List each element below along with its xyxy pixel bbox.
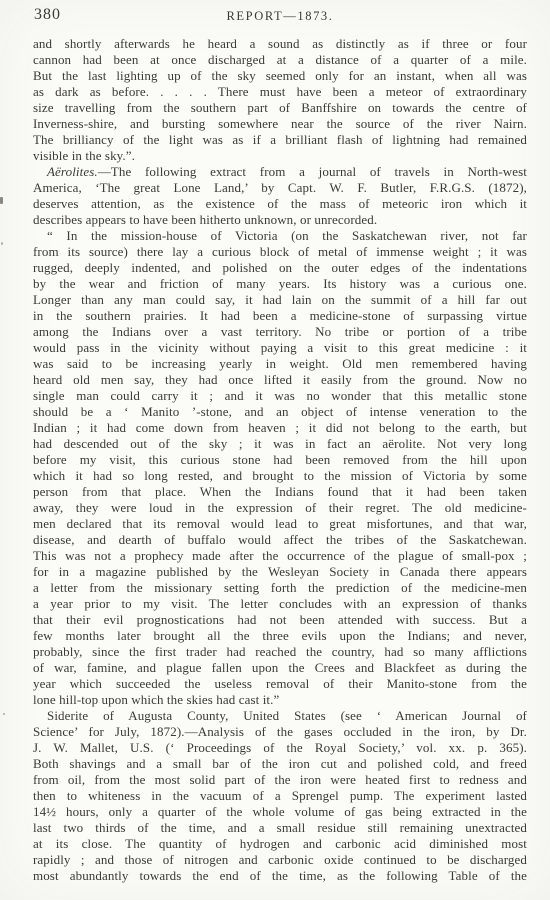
text-run: most abundantly towards the end of the t… (33, 868, 527, 883)
text-line: among the Indians over a vast territory.… (33, 324, 527, 340)
italic-text: Aërolites. (47, 164, 98, 179)
text-line: was said to be increasing yearly in weig… (33, 356, 527, 372)
text-run: of war, famine, and plague fallen upon t… (33, 660, 527, 675)
text-run: in the southern prairies. It had been a … (33, 308, 527, 323)
text-line: few months later brought all the three e… (33, 628, 527, 644)
text-run: that their evil prognostications had not… (33, 612, 527, 627)
text-run: few months later brought all the three e… (33, 628, 527, 643)
text-run: cannon had been at once discharged at a … (33, 52, 527, 67)
text-run: rugged, deeply indented, and polished on… (33, 260, 527, 275)
text-run: Indian ; it had come down from heaven ; … (33, 420, 527, 435)
text-line: person from that place. When the Indians… (33, 484, 527, 500)
text-run: Both shavings and a small bar of the iro… (33, 756, 527, 771)
text-run: had descended out of the sky ; it was in… (33, 436, 527, 451)
text-run: before my visit, this curious stone had … (33, 452, 527, 467)
text-line: probably, since the first trader had rea… (33, 644, 527, 660)
text-line: heard old men say, they had once lifted … (33, 372, 527, 388)
text-line: 14½ hours, only a quarter of the whole v… (33, 804, 527, 820)
text-run: But the last lighting up of the sky seem… (33, 68, 527, 83)
text-line: as dark as before. . . . . There must ha… (33, 84, 527, 100)
text-run: by the wear and friction of many years. … (33, 276, 527, 291)
text-run: person from that place. When the Indians… (33, 484, 527, 499)
text-line: and shortly afterwards he heard a sound … (33, 36, 527, 52)
text-line: would pass in the vicinity without payin… (33, 340, 527, 356)
text-line: before my visit, this curious stone had … (33, 452, 527, 468)
text-run: visible in the sky.”. (33, 148, 135, 163)
text-line: visible in the sky.”. (33, 148, 527, 164)
running-title: REPORT—1873. (33, 6, 527, 24)
text-line: then to whiteness in the vacuum of a Spr… (33, 788, 527, 804)
text-run: among the Indians over a vast territory.… (33, 324, 527, 339)
text-line: J. W. Mallet, U.S. (‘ Proceedings of the… (33, 740, 527, 756)
text-run: This was not a prophecy made after the o… (33, 548, 527, 563)
paragraph: and shortly afterwards he heard a sound … (33, 36, 527, 164)
text-run: last two thirds of the time, and a small… (33, 820, 527, 835)
text-run: probably, since the first trader had rea… (33, 644, 527, 659)
text-line: But the last lighting up of the sky seem… (33, 68, 527, 84)
text-line: away, they were loud in the expression o… (33, 500, 527, 516)
page-body: and shortly afterwards he heard a sound … (33, 36, 527, 884)
text-line: rugged, deeply indented, and polished on… (33, 260, 527, 276)
text-line: of war, famine, and plague fallen upon t… (33, 660, 527, 676)
text-line: last two thirds of the time, and a small… (33, 820, 527, 836)
text-run: size travelling from the southern part o… (33, 100, 527, 115)
text-line: at its close. The quantity of hydrogen a… (33, 836, 527, 852)
text-line: Indian ; it had come down from heaven ; … (33, 420, 527, 436)
text-run: then to whiteness in the vacuum of a Spr… (33, 788, 527, 803)
text-run: disease, and dearth of buffalo would aff… (33, 532, 527, 547)
text-line: a year prior to my visit. The letter con… (33, 596, 527, 612)
text-line: single man could carry it ; and it was n… (33, 388, 527, 404)
text-run: a year prior to my visit. The letter con… (33, 596, 527, 611)
text-line: Siderite of Augusta County, United State… (33, 708, 527, 724)
page-header: 380 REPORT—1873. (33, 6, 527, 26)
text-run: rapidly ; and those of nitrogen and carb… (33, 852, 527, 867)
paragraph: “ In the mission-house of Victoria (on t… (33, 228, 527, 708)
paragraph: Siderite of Augusta County, United State… (33, 708, 527, 884)
text-run: was said to be increasing yearly in weig… (33, 356, 527, 371)
text-run: away, they were loud in the expression o… (33, 500, 527, 515)
text-run: 14½ hours, only a quarter of the whole v… (33, 804, 527, 819)
text-run: a letter from the missionary setting for… (33, 580, 527, 595)
text-run: heard old men say, they had once lifted … (33, 372, 527, 387)
text-run: for in a magazine published by the Wesle… (33, 564, 527, 579)
text-run: as dark as before. . . . . There must ha… (33, 84, 527, 99)
text-run: single man could carry it ; and it was n… (33, 388, 527, 403)
text-line: rapidly ; and those of nitrogen and carb… (33, 852, 527, 868)
text-line: Longer than any man could say, it had la… (33, 292, 527, 308)
text-run: and shortly afterwards he heard a sound … (33, 36, 527, 51)
text-line: Inverness-shire, and bursting somewhere … (33, 116, 527, 132)
text-run: Inverness-shire, and bursting somewhere … (33, 116, 527, 131)
text-run: “ In the mission-house of Victoria (on t… (47, 228, 527, 243)
document-page: 380 REPORT—1873. and shortly afterwards … (0, 0, 550, 900)
text-line: deserves attention, as the existence of … (33, 196, 527, 212)
text-line: for in a magazine published by the Wesle… (33, 564, 527, 580)
text-run: should be a ‘ Manito ’-stone, and an obj… (33, 404, 527, 419)
text-run: Longer than any man could say, it had la… (33, 292, 527, 307)
paragraph: Aërolites.—The following extract from a … (33, 164, 527, 228)
text-run: from oil, from the most solid part of th… (33, 772, 527, 787)
text-line: in the southern prairies. It had been a … (33, 308, 527, 324)
text-line: a letter from the missionary setting for… (33, 580, 527, 596)
text-run: lone hill-top upon which the skies had c… (33, 692, 279, 707)
text-line: describes appears to have been hitherto … (33, 212, 527, 228)
text-line: which it had so long rested, and brought… (33, 468, 527, 484)
text-run: Science’ for July, 1872).—Analysis of th… (33, 724, 527, 739)
text-run: year which succeeded the useless removal… (33, 676, 527, 691)
text-line: The brilliancy of the light was as if a … (33, 132, 527, 148)
text-line: that their evil prognostications had not… (33, 612, 527, 628)
text-line: America, ‘The great Lone Land,’ by Capt.… (33, 180, 527, 196)
text-line: by the wear and friction of many years. … (33, 276, 527, 292)
text-line: had descended out of the sky ; it was in… (33, 436, 527, 452)
text-line: lone hill-top upon which the skies had c… (33, 692, 527, 708)
scan-artifact (3, 713, 5, 715)
scan-artifact (0, 197, 3, 204)
text-line: This was not a prophecy made after the o… (33, 548, 527, 564)
text-run: The brilliancy of the light was as if a … (33, 132, 527, 147)
text-line: disease, and dearth of buffalo would aff… (33, 532, 527, 548)
text-run: —The following extract from a journal of… (98, 164, 527, 179)
page-number: 380 (34, 6, 61, 24)
text-run: describes appears to have been hitherto … (33, 212, 377, 227)
text-run: Siderite of Augusta County, United State… (47, 708, 527, 723)
text-run: would pass in the vicinity without payin… (33, 340, 527, 355)
scan-artifact (1, 242, 3, 245)
text-line: Aërolites.—The following extract from a … (33, 164, 527, 180)
text-run: from its source) there lay a curious blo… (33, 244, 527, 259)
text-line: cannon had been at once discharged at a … (33, 52, 527, 68)
text-line: “ In the mission-house of Victoria (on t… (33, 228, 527, 244)
text-line: Both shavings and a small bar of the iro… (33, 756, 527, 772)
text-run: J. W. Mallet, U.S. (‘ Proceedings of the… (33, 740, 527, 755)
text-run: at its close. The quantity of hydrogen a… (33, 836, 527, 851)
text-line: from its source) there lay a curious blo… (33, 244, 527, 260)
text-line: from oil, from the most solid part of th… (33, 772, 527, 788)
text-run: which it had so long rested, and brought… (33, 468, 527, 483)
text-run: men declared that its removal would lead… (33, 516, 527, 531)
text-run: deserves attention, as the existence of … (33, 196, 527, 211)
text-line: Science’ for July, 1872).—Analysis of th… (33, 724, 527, 740)
text-line: year which succeeded the useless removal… (33, 676, 527, 692)
text-line: should be a ‘ Manito ’-stone, and an obj… (33, 404, 527, 420)
text-line: men declared that its removal would lead… (33, 516, 527, 532)
text-line: size travelling from the southern part o… (33, 100, 527, 116)
text-line: most abundantly towards the end of the t… (33, 868, 527, 884)
text-run: America, ‘The great Lone Land,’ by Capt.… (33, 180, 527, 195)
